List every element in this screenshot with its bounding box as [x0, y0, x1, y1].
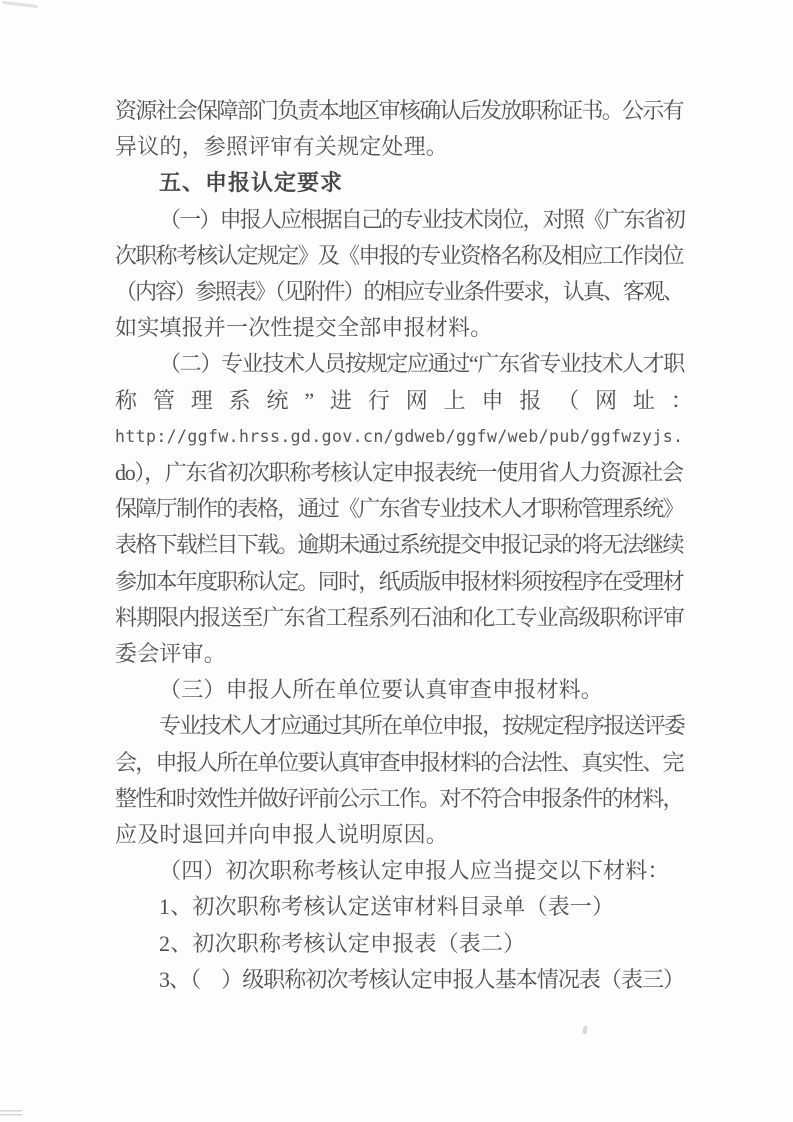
- text-line: （四）初次职称考核认定申报人应当提交以下材料：: [115, 853, 693, 889]
- scan-artifact-top-left: [2, 1, 38, 8]
- text-line: 资源社会保障部门负责本地区审核确认后发放职称证书。公示有: [115, 93, 693, 129]
- text-line: 如实填报并一次性提交全部申报材料。: [115, 310, 693, 346]
- text-line: 3、（ ）级职称初次考核认定申报人基本情况表（表三）: [115, 962, 693, 998]
- text-line: （一）申报人应根据自己的专业技术岗位，对照《广东省初: [115, 202, 693, 238]
- text-line: do），广东省初次职称考核认定申报表统一使用省人力资源社会: [115, 455, 693, 491]
- text-line: 会，申报人所在单位要认真审查申报材料的合法性、真实性、完: [115, 745, 693, 781]
- document-body: 资源社会保障部门负责本地区审核确认后发放职称证书。公示有异议的，参照评审有关规定…: [115, 93, 693, 998]
- text-line: 整性和时效性并做好评前公示工作。对不符合申报条件的材料，: [115, 781, 693, 817]
- text-line: 应及时退回并向申报人说明原因。: [115, 817, 693, 853]
- text-line: 委会评审。: [115, 636, 693, 672]
- text-line: 异议的，参照评审有关规定处理。: [115, 129, 693, 165]
- section-heading: 五、申报认定要求: [115, 165, 693, 201]
- text-line: 次职称考核认定规定》及《申报的专业资格名称及相应工作岗位: [115, 238, 693, 274]
- text-line: 表格下载栏目下载。逾期未通过系统提交申报记录的将无法继续: [115, 527, 693, 563]
- text-line: 保障厅制作的表格，通过《广东省专业技术人才职称管理系统》: [115, 491, 693, 527]
- text-line: （三）申报人所在单位要认真审查申报材料。: [115, 672, 693, 708]
- text-line: 2、初次职称考核认定申报表（表二）: [115, 926, 693, 962]
- scan-artifact-bottom-left: [0, 1110, 22, 1118]
- scan-artifact-speck: [582, 1026, 588, 1035]
- url-text-line: http://ggfw.hrss.gd.gov.cn/gdweb/ggfw/we…: [115, 419, 693, 455]
- text-line: 1、初次职称考核认定送审材料目录单（表一）: [115, 889, 693, 925]
- text-line: 专业技术人才应通过其所在单位申报，按规定程序报送评委: [115, 708, 693, 744]
- text-line: 料期限内报送至广东省工程系列石油和化工专业高级职称评审: [115, 600, 693, 636]
- text-line: （二）专业技术人员按规定应通过“广东省专业技术人才职: [115, 346, 693, 382]
- text-line: 参加本年度职称认定。同时，纸质版申报材料须按程序在受理材: [115, 564, 693, 600]
- text-line: 称管理系统”进行网上申报（网址：: [115, 383, 693, 419]
- text-line: （内容）参照表》（见附件）的相应专业条件要求，认真、客观、: [115, 274, 693, 310]
- document-page: 资源社会保障部门负责本地区审核确认后发放职称证书。公示有异议的，参照评审有关规定…: [0, 0, 793, 1122]
